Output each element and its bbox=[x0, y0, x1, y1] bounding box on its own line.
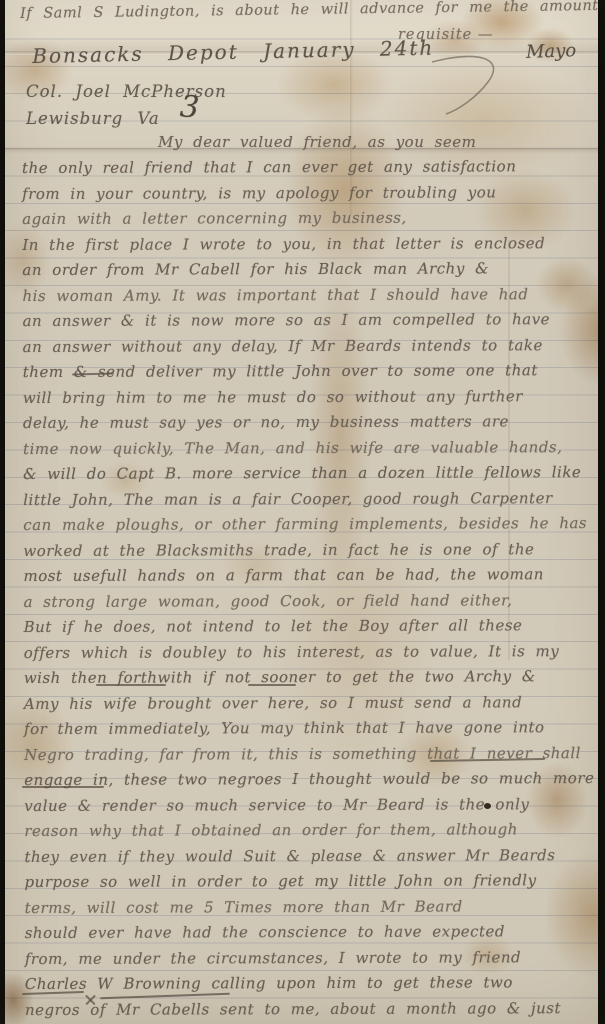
underline-mark bbox=[96, 684, 166, 686]
ink-blot bbox=[484, 803, 491, 809]
letter-line: wish then forthwith if not sooner to get… bbox=[24, 664, 594, 691]
letter-line: again with a letter concerning my busine… bbox=[22, 205, 592, 232]
letter-line: But if he does, not intend to let the Bo… bbox=[24, 613, 594, 640]
scanned-letter-page: If Saml S Ludington, is about he will ad… bbox=[0, 0, 605, 1024]
letter-line: from, me under the circumstances, I wrot… bbox=[25, 945, 595, 972]
letter-line: will bring him to me he must do so witho… bbox=[23, 384, 593, 411]
letter-line: terms, will cost me 5 Times more than Mr… bbox=[25, 894, 595, 921]
underline-mark bbox=[248, 684, 296, 686]
letter-line: can make ploughs, or other farming imple… bbox=[23, 511, 593, 538]
salutation-line: My dear valued friend, as you seem bbox=[158, 133, 476, 151]
letter-line: delay, he must say yes or no, my busines… bbox=[23, 409, 593, 436]
letter-line: they even if they would Suit & please & … bbox=[24, 843, 594, 870]
letter-line: In the first place I wrote to you, in th… bbox=[22, 231, 592, 258]
underline-mark bbox=[22, 786, 104, 788]
letter-line: reason why that I obtained an order for … bbox=[24, 817, 594, 844]
letter-line: negros of Mr Cabells sent to me, about a… bbox=[25, 996, 595, 1023]
letter-line: purpose so well in order to get my littl… bbox=[24, 868, 594, 895]
letter-line: a strong large woman, good Cook, or fiel… bbox=[24, 588, 594, 615]
letter-line: an answer without any delay, If Mr Beard… bbox=[23, 333, 593, 360]
letter-line: time now quickly, The Man, and his wife … bbox=[23, 435, 593, 462]
letter-line: from in your country, is my apology for … bbox=[22, 180, 592, 207]
letter-line: the only real friend that I can ever get… bbox=[22, 154, 592, 181]
letter-line: for them immediately, You may think that… bbox=[24, 715, 594, 742]
letter-line: Amy his wife brought over here, so I mus… bbox=[24, 690, 594, 717]
recipient-location: Lewisburg Va bbox=[26, 109, 160, 128]
letter-line: should ever have had the conscience to h… bbox=[25, 919, 595, 946]
letter-body: the only real friend that I can ever get… bbox=[22, 154, 595, 1023]
letter-line: engage in, these two negroes I thought w… bbox=[24, 766, 594, 793]
letter-line: Negro trading, far from it, this is some… bbox=[24, 741, 594, 768]
letter-line: most usefull hands on a farm that can be… bbox=[23, 562, 593, 589]
letter-line: & will do Capt B. more service than a do… bbox=[23, 460, 593, 487]
letter-line: offers which is doubley to his interest,… bbox=[24, 639, 594, 666]
pen-flourish-icon bbox=[428, 48, 548, 118]
letter-line: value & render so much service to Mr Bea… bbox=[24, 792, 594, 819]
letter-line: Charles W Browning calling upon him to g… bbox=[25, 970, 595, 997]
letter-line: his woman Amy. It was important that I s… bbox=[22, 282, 592, 309]
letter-line: worked at the Blacksmiths trade, in fact… bbox=[23, 537, 593, 564]
page-number: 3 bbox=[179, 89, 200, 125]
letter-line: little John, The man is a fair Cooper, g… bbox=[23, 486, 593, 513]
letter-line: an answer & it is now more so as I am co… bbox=[23, 307, 593, 334]
letter-line: an order from Mr Cabell for his Black ma… bbox=[22, 256, 592, 283]
